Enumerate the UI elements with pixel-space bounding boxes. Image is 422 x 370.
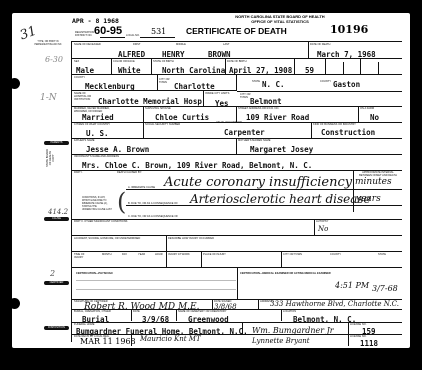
birthplace-label: STATE OF BIRTH — [153, 60, 174, 63]
informant-label: INFORMANT'S NAME AND ADDRESS — [74, 155, 119, 158]
injury-time-label: TIME OF INJURY — [74, 253, 88, 259]
hospital-name: Charlotte Memorial Hosp — [98, 97, 202, 106]
citizen-label: CITIZEN OF WHAT COUNTRY — [74, 123, 110, 126]
part-two-label: PART II. OTHER SIGNIFICANT CONDITIONS — [74, 220, 127, 223]
name-label: NAME OF DECEASED — [74, 43, 101, 46]
street-label: STREET ADDRESS OR R.F.D. No. — [238, 107, 279, 110]
margin-note-cause: 414.2 — [48, 208, 68, 216]
disposition-method-label: BURIAL, CREMATION, OTHER — [74, 310, 111, 313]
margin-note-2: 1-N — [40, 93, 57, 103]
race-label: COLOR OR RACE — [113, 60, 135, 63]
immediate-cause: Acute coronary insufficiency — [164, 175, 352, 190]
middle-label: MIDDLE — [176, 43, 186, 46]
occupation-label: USUAL OCCUPATION — [216, 121, 266, 124]
county-of-death-label: COUNTY — [74, 76, 85, 79]
injury-hour-label: HOUR — [155, 253, 163, 256]
spouse-label: SURVIVING SPOUSE — [145, 107, 171, 110]
last-label: LAST — [223, 43, 230, 46]
time-of-death: 4:51 PM — [335, 281, 369, 290]
inside-city-label: INSIDE CITY LIMITS — [205, 92, 233, 95]
death-caused-by-label: DEATH CAUSED BY: — [117, 171, 142, 174]
on-farm-label: ON A FARM — [360, 107, 374, 110]
residence-state: N. C. — [262, 80, 285, 89]
surviving-spouse: Chloe Curtis — [155, 113, 209, 122]
certifier-address: 333 Hawthorne Blvd, Charlotte N.C. — [270, 300, 399, 308]
cemetery-location-label: LOCATION — [283, 310, 296, 313]
section-tab-certifier: CERTIFIER — [44, 281, 69, 285]
father-label: FATHER'S NAME — [74, 139, 94, 142]
margin-note-1: 6-30 — [45, 55, 63, 64]
injury-month-label: MONTH — [102, 253, 112, 256]
sex-label: SEX — [74, 60, 79, 63]
injury-type-label: ACCIDENT, SUICIDE, HOMICIDE, OR UNDETERM… — [74, 237, 164, 240]
dob-label: DATE OF BIRTH — [227, 60, 247, 63]
disposition-date-label: DATE — [133, 310, 140, 313]
registration-district-number: 60-95 — [94, 25, 122, 37]
due-to-c-label: c. DUE TO, OR AS A CONSEQUENCE OF — [128, 215, 178, 218]
margin-note-certifier: 2 — [50, 269, 55, 278]
injury-day-label: DAY — [122, 253, 127, 256]
place-of-injury-label: PLACE OF INJURY — [203, 253, 248, 256]
on-farm: No — [370, 113, 379, 122]
certificate-number: 10196 — [330, 23, 368, 36]
citizenship: U. S. — [86, 129, 109, 138]
injury-city-label: CITY OR TOWN — [283, 253, 302, 256]
ink-instruction: TYPE, OR PRINT IN PERMANENT BLACK INK — [33, 41, 63, 47]
interval-b: years — [356, 194, 381, 204]
occupation: Carpenter — [224, 128, 265, 137]
embalmer-license-label: LICENSE NO. — [350, 335, 366, 338]
local-registrar-signature: Mauricio Knt MT — [140, 335, 201, 343]
informant: Mrs. Chloe C. Brown, 109 River Road, Bel… — [82, 161, 312, 170]
embalmer-license: 1118 — [360, 339, 378, 348]
local-number: 531 — [151, 27, 166, 36]
injury-state-label: STATE — [378, 253, 386, 256]
residence-county-label: COUNTY — [320, 80, 331, 83]
embalmer-signature: Lynnette Bryant — [252, 337, 310, 345]
hospital-label: NAME OF HOSPITAL OR INSTITUTION — [74, 92, 92, 101]
marital-status: Married — [82, 113, 114, 122]
state-board-copy-label: STATE BOARD OF HEALTH COPY — [46, 148, 55, 168]
director-license-label: LICENSE NO. — [350, 323, 366, 326]
bracket: ( — [117, 188, 126, 216]
industry: Construction — [321, 128, 375, 137]
date-of-death-label: DATE OF DEATH — [310, 43, 330, 46]
physician-certification-label: CERTIFICATION—PHYSICIAN — [76, 272, 113, 275]
interval-a: minutes — [355, 177, 392, 187]
received-stamp: APR - 8 1968 — [72, 17, 119, 25]
mother-label: MOTHER'S MAIDEN NAME — [238, 139, 271, 142]
injury-county-label: COUNTY — [330, 253, 341, 256]
conditions-note: CONDITIONS, IF ANY, WHICH GAVE RISE TO I… — [82, 197, 112, 212]
examiner-date: 3/7-68 — [372, 284, 398, 293]
section-tab-cause: CAUSE — [44, 217, 69, 221]
medical-examiner-certification-label: CERTIFICATION—MEDICAL EXAMINER OR ACTING… — [240, 272, 331, 275]
residence-county: Gaston — [333, 80, 360, 89]
injury-year-label: YEAR — [138, 253, 145, 256]
section-tab-parents: PARENTS — [44, 141, 69, 145]
autopsy: No — [318, 225, 328, 233]
residence-city: Belmont — [250, 97, 282, 106]
autopsy-label: AUTOPSY — [316, 220, 328, 223]
due-to-b: Arteriosclerotic heart disease — [190, 192, 371, 206]
father-name: Jesse A. Brown — [86, 145, 149, 154]
mother-maiden-name: Margaret Josey — [250, 145, 313, 154]
ssn-label: SOCIAL SECURITY NUMBER — [145, 123, 180, 126]
local-no-label: LOCAL NO. — [126, 34, 140, 37]
city-of-death-label: CITY OR TOWN — [159, 78, 171, 84]
cemetery-label: NAME OF CEMETERY OR CREMATORY — [178, 310, 226, 313]
funeral-home-label: FUNERAL HOME — [74, 323, 95, 326]
binder-hole — [9, 78, 20, 89]
section-tab-disposition: DISPOSITION — [44, 326, 69, 330]
first-label: FIRST — [133, 43, 141, 46]
binder-hole — [9, 298, 20, 309]
date-received-stamp: MAR 11 1968 — [80, 337, 136, 346]
residence-state-label: STATE — [252, 80, 260, 83]
injury-at-work-label: INJURY AT WORK — [168, 253, 190, 256]
industry-label: KIND OF BUSINESS OR INDUSTRY — [313, 123, 356, 126]
part-one-label: PART I. — [74, 171, 83, 174]
injury-how-label: DESCRIBE HOW INJURY OCCURRED — [168, 237, 214, 240]
